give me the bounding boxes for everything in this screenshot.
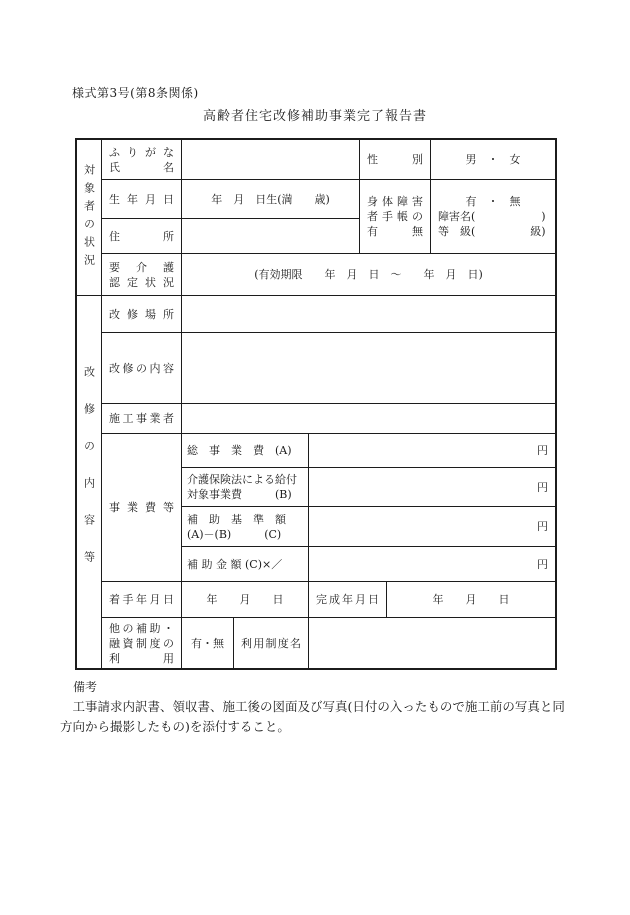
report-form-table: 対象者の状況 ふりがな 氏名 性別 男 ・ 女 (75, 138, 557, 670)
subsidy-amount-label: 補 助 金 額 (C)×／ (182, 547, 309, 581)
total-cost-value: 円 (309, 434, 555, 467)
project-cost-label: 事業費等 (102, 434, 182, 581)
yen-unit: 円 (537, 443, 548, 458)
used-system-name-label: 利用制度名 (234, 618, 309, 668)
start-date-value: 年 月 日 (182, 582, 309, 617)
used-system-name-field (309, 618, 555, 668)
document-page: 様式第3号(第8条関係) 高齢者住宅改修補助事業完了報告書 対象者の状況 ふりが… (0, 0, 630, 915)
yen-unit: 円 (537, 557, 548, 572)
subject-status-section: 対象者の状況 ふりがな 氏名 性別 男 ・ 女 (77, 140, 555, 296)
contractor-label: 施工事業者 (102, 404, 182, 433)
completion-date-value: 年 月 日 (387, 582, 555, 617)
renovation-content-field (182, 333, 555, 403)
other-subsidy-value: 有・無 (182, 618, 234, 668)
renovation-place-label: 改修場所 (102, 296, 182, 332)
subsidy-amount-value: 円 (309, 547, 555, 581)
gender-label: 性別 (360, 140, 431, 179)
remarks-note: 工事請求内訳書、領収書、施工後の図面及び写真(日付の入ったもので施工前の写真と同… (60, 697, 572, 736)
yen-unit: 円 (537, 480, 548, 495)
care-certification-label: 要介護 認定状況 (102, 254, 182, 295)
yen-unit: 円 (537, 519, 548, 534)
total-cost-label: 総 事 業 費 (A) (182, 434, 309, 467)
page-title: 高齢者住宅改修補助事業完了報告書 (0, 105, 630, 124)
disability-certificate-value: 有 ・ 無 障害名( ) 等 級( 級) (431, 180, 555, 253)
remarks-label: 備考 (73, 678, 97, 695)
birth-date-value: 年 月 日生(満 歳) (182, 180, 359, 218)
gender-value: 男 ・ 女 (431, 140, 555, 179)
care-certification-value: (有効期限 年 月 日 ～ 年 月 日) (182, 254, 555, 295)
renovation-content-label: 改修の内容 (102, 333, 182, 403)
disability-certificate-label: 身体障害 者手帳の 有無 (360, 180, 431, 253)
address-label: 住所 (102, 219, 182, 253)
subsidy-base-amount-value: 円 (309, 507, 555, 546)
subsidy-base-amount-label: 補 助 基 準 額 (A)－(B) (C) (182, 507, 309, 546)
renovation-place-field (182, 296, 555, 332)
name-label: ふりがな 氏名 (102, 140, 182, 179)
form-number: 様式第3号(第8条関係) (72, 84, 199, 101)
insurance-benefit-cost-value: 円 (309, 468, 555, 506)
start-date-label: 着手年月日 (102, 582, 182, 617)
completion-date-label: 完成年月日 (309, 582, 387, 617)
address-field (182, 219, 359, 253)
contractor-field (182, 404, 555, 433)
renovation-vertical-label: 改修の内容等 (77, 296, 102, 668)
renovation-section: 改修の内容等 改修場所 改修の内容 (77, 296, 555, 668)
subject-status-vertical-label: 対象者の状況 (77, 140, 102, 295)
insurance-benefit-cost-label: 介護保険法による給付 対象事業費 (B) (182, 468, 309, 506)
name-field (182, 140, 360, 179)
birth-date-label: 生年月日 (102, 180, 182, 218)
other-subsidy-label: 他の補助・ 融資制度の 利用 (102, 618, 182, 668)
